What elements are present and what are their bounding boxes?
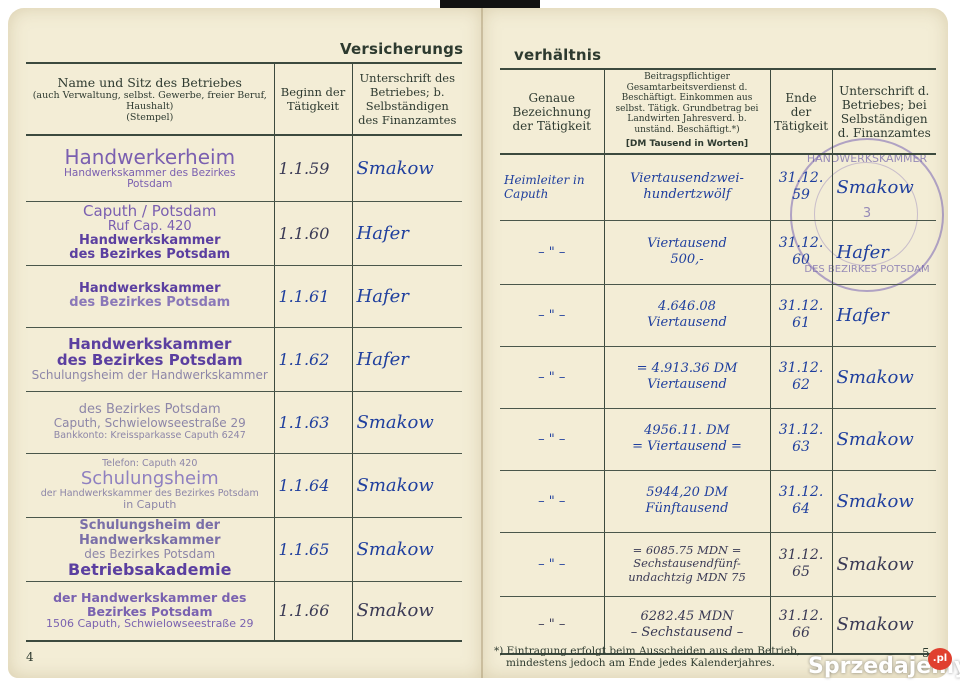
- page-number-left: 4: [26, 650, 34, 664]
- stamp-line: Betriebsakademie: [30, 561, 270, 579]
- table-row: – " – Viertausend500,- 31.12.60 Hafer: [500, 220, 936, 284]
- stamp-line: Handwerkskammer: [30, 336, 270, 353]
- stamp-line: Schulungsheim: [30, 469, 270, 489]
- earnings-line: Viertausend: [609, 315, 766, 331]
- stamp-line: des Bezirkes Potsdam: [30, 296, 270, 310]
- signature: Hafer: [352, 265, 462, 327]
- stamp-line: Bankkonto: Kreissparkasse Caputh 6247: [30, 431, 270, 441]
- signature: Smakow: [352, 453, 462, 517]
- stamp-line: Schulungsheim der Handwerkskammer: [30, 369, 270, 382]
- table-row: – " – 4.646.08Viertausend 31.12.61 Hafer: [500, 284, 936, 346]
- begin-date: 1.1.63: [274, 391, 352, 453]
- earnings: 4.646.08Viertausend: [604, 284, 770, 346]
- end-line: 61: [775, 315, 828, 332]
- earnings-line: = 4.913.36 DM: [609, 361, 766, 377]
- col-header-company-stamp: (Stempel): [29, 112, 271, 123]
- end-line: 63: [775, 439, 828, 456]
- watermark-badge: .pl: [928, 648, 952, 670]
- footnote: *) Eintragung erfolgt beim Ausscheiden a…: [494, 645, 800, 669]
- earnings-line: Viertausendzwei-: [609, 171, 766, 187]
- stamp-line: Handwerkskammer: [30, 234, 270, 248]
- table-row: Caputh / Potsdam Ruf Cap. 420 Handwerksk…: [26, 201, 462, 265]
- col-header-company: Name und Sitz des Betriebes (auch Verwal…: [26, 63, 274, 135]
- stamp-line: Ruf Cap. 420: [30, 220, 270, 234]
- signature: Smakow: [832, 470, 936, 532]
- col-header-activity: Genaue Bezeichnung der Tätigkeit: [500, 69, 604, 154]
- stamp-line: Bezirkes Potsdam: [30, 605, 270, 619]
- earnings-line: Fünftausend: [609, 501, 766, 517]
- earnings-line: = Viertausend =: [609, 439, 766, 455]
- begin-date: 1.1.66: [274, 581, 352, 641]
- table-row: Handwerkerheim Handwerkskammer des Bezir…: [26, 135, 462, 201]
- stamp-line: Handwerkskammer: [30, 282, 270, 296]
- stamp-line: des Bezirkes Potsdam: [30, 248, 270, 262]
- end-date: 31.12.64: [770, 470, 832, 532]
- earnings-line: hundertzwölf: [609, 187, 766, 203]
- end-line: 31.12.: [775, 360, 828, 377]
- end-line: 31.12.: [775, 608, 828, 625]
- col-header-earnings-unit: [DM Tausend in Worten]: [626, 139, 748, 149]
- end-line: 60: [775, 252, 828, 269]
- activity: – " –: [500, 284, 604, 346]
- col-header-company-title: Name und Sitz des Betriebes: [29, 76, 271, 90]
- stamp-line: Schulungsheim der Handwerkskammer: [30, 519, 270, 548]
- right-employment-table: Genaue Bezeichnung der Tätigkeit Beitrag…: [500, 68, 936, 655]
- col-header-signature: Unterschrift d. Betriebes; bei Selbständ…: [832, 69, 936, 154]
- earnings-line: 4956.11. DM: [609, 423, 766, 439]
- stamp-line: Caputh / Potsdam: [30, 203, 270, 220]
- table-row: Heimleiter in Caputh Viertausendzwei-hun…: [500, 154, 936, 220]
- page-fold: [481, 8, 483, 678]
- signature: Smakow: [832, 532, 936, 596]
- table-row: Handwerkskammer des Bezirkes Potsdam 1.1…: [26, 265, 462, 327]
- table-row: des Bezirkes Potsdam Caputh, Schwielowse…: [26, 391, 462, 453]
- earnings-line: 6282.45 MDN: [609, 609, 766, 625]
- signature: Smakow: [352, 391, 462, 453]
- earnings-line: 5944,20 DM: [609, 485, 766, 501]
- end-line: 31.12.: [775, 484, 828, 501]
- end-date: 31.12.62: [770, 346, 832, 408]
- signature: Smakow: [352, 517, 462, 581]
- end-line: 31.12.: [775, 547, 828, 564]
- table-row: – " – 5944,20 DMFünftausend 31.12.64 Sma…: [500, 470, 936, 532]
- col-header-signature: Unterschrift des Betriebes; b. Selbständ…: [352, 63, 462, 135]
- activity: – " –: [500, 408, 604, 470]
- stamp-line: 1506 Caputh, Schwielowseestraße 29: [30, 618, 270, 630]
- signature: Smakow: [832, 408, 936, 470]
- signature: Smakow: [832, 154, 936, 220]
- end-line: 31.12.: [775, 422, 828, 439]
- earnings-line: 4.646.08: [609, 299, 766, 315]
- earnings-line: Sechstausendfünf-: [609, 557, 766, 570]
- earnings-line: Viertausend: [609, 236, 766, 252]
- col-header-earnings: Beitragspflichtiger Gesamtarbeitsverdien…: [604, 69, 770, 154]
- stamp-line: in Caputh: [30, 499, 270, 511]
- activity: – " –: [500, 346, 604, 408]
- end-line: 59: [775, 187, 828, 204]
- end-line: 62: [775, 377, 828, 394]
- earnings-line: 500,-: [609, 252, 766, 268]
- table-row: Telefon: Caputh 420 Schulungsheim der Ha…: [26, 453, 462, 517]
- signature: Smakow: [352, 135, 462, 201]
- end-line: 66: [775, 625, 828, 642]
- end-date: 31.12.63: [770, 408, 832, 470]
- begin-date: 1.1.61: [274, 265, 352, 327]
- signature: Smakow: [352, 581, 462, 641]
- signature: Hafer: [352, 201, 462, 265]
- earnings-line: – Sechstausend –: [609, 625, 766, 641]
- end-date: 31.12.65: [770, 532, 832, 596]
- end-line: 31.12.: [775, 235, 828, 252]
- end-line: 65: [775, 564, 828, 581]
- activity: Heimleiter in Caputh: [500, 154, 604, 220]
- stamp-line: der Handwerkskammer des: [30, 591, 270, 605]
- left-employment-table: Name und Sitz des Betriebes (auch Verwal…: [26, 62, 462, 642]
- begin-date: 1.1.59: [274, 135, 352, 201]
- signature: Hafer: [352, 327, 462, 391]
- col-header-earnings-text: Beitragspflichtiger Gesamtarbeitsverdien…: [608, 72, 767, 135]
- activity: – " –: [500, 470, 604, 532]
- left-page-heading: Versicherungs: [340, 40, 463, 58]
- signature: Hafer: [832, 220, 936, 284]
- stamp-line: Potsdam: [30, 179, 270, 191]
- col-header-begin: Beginn der Tätigkeit: [274, 63, 352, 135]
- end-date: 31.12.60: [770, 220, 832, 284]
- signature: Smakow: [832, 596, 936, 654]
- activity: – " –: [500, 532, 604, 596]
- earnings: Viertausend500,-: [604, 220, 770, 284]
- earnings: 5944,20 DMFünftausend: [604, 470, 770, 532]
- begin-date: 1.1.62: [274, 327, 352, 391]
- stamp-line: Handwerkerheim: [30, 146, 270, 168]
- end-line: 31.12.: [775, 170, 828, 187]
- table-row: – " – = 6085.75 MDN =Sechstausendfünf-un…: [500, 532, 936, 596]
- earnings: 4956.11. DM= Viertausend =: [604, 408, 770, 470]
- stamp-line: des Bezirkes Potsdam: [30, 352, 270, 369]
- end-line: 64: [775, 501, 828, 518]
- right-page-heading: verhältnis: [514, 46, 601, 64]
- end-date: 31.12.59: [770, 154, 832, 220]
- table-row: Handwerkskammer des Bezirkes Potsdam Sch…: [26, 327, 462, 391]
- earnings: = 6085.75 MDN =Sechstausendfünf-undachtz…: [604, 532, 770, 596]
- earnings-line: Viertausend: [609, 377, 766, 393]
- earnings-line: undachtzig MDN 75: [609, 571, 766, 584]
- footnote-line: mindestens jedoch am Ende jedes Kalender…: [494, 657, 800, 669]
- table-row: der Handwerkskammer des Bezirkes Potsdam…: [26, 581, 462, 641]
- earnings: Viertausendzwei-hundertzwölf: [604, 154, 770, 220]
- activity: – " –: [500, 220, 604, 284]
- begin-date: 1.1.64: [274, 453, 352, 517]
- begin-date: 1.1.60: [274, 201, 352, 265]
- table-row: – " – 4956.11. DM= Viertausend = 31.12.6…: [500, 408, 936, 470]
- table-row: Schulungsheim der Handwerkskammer des Be…: [26, 517, 462, 581]
- earnings: = 4.913.36 DMViertausend: [604, 346, 770, 408]
- end-date: 31.12.61: [770, 284, 832, 346]
- table-row: – " – = 4.913.36 DMViertausend 31.12.62 …: [500, 346, 936, 408]
- signature: Smakow: [832, 346, 936, 408]
- footnote-line: *) Eintragung erfolgt beim Ausscheiden a…: [494, 645, 800, 657]
- col-header-end: Ende der Tätigkeit: [770, 69, 832, 154]
- begin-date: 1.1.65: [274, 517, 352, 581]
- stamp-line: des Bezirkes Potsdam: [30, 403, 270, 417]
- stamp-line: Caputh, Schwielowseestraße 29: [30, 417, 270, 430]
- end-line: 31.12.: [775, 298, 828, 315]
- col-header-company-sub: (auch Verwaltung, selbst. Gewerbe, freie…: [29, 90, 271, 112]
- signature: Hafer: [832, 284, 936, 346]
